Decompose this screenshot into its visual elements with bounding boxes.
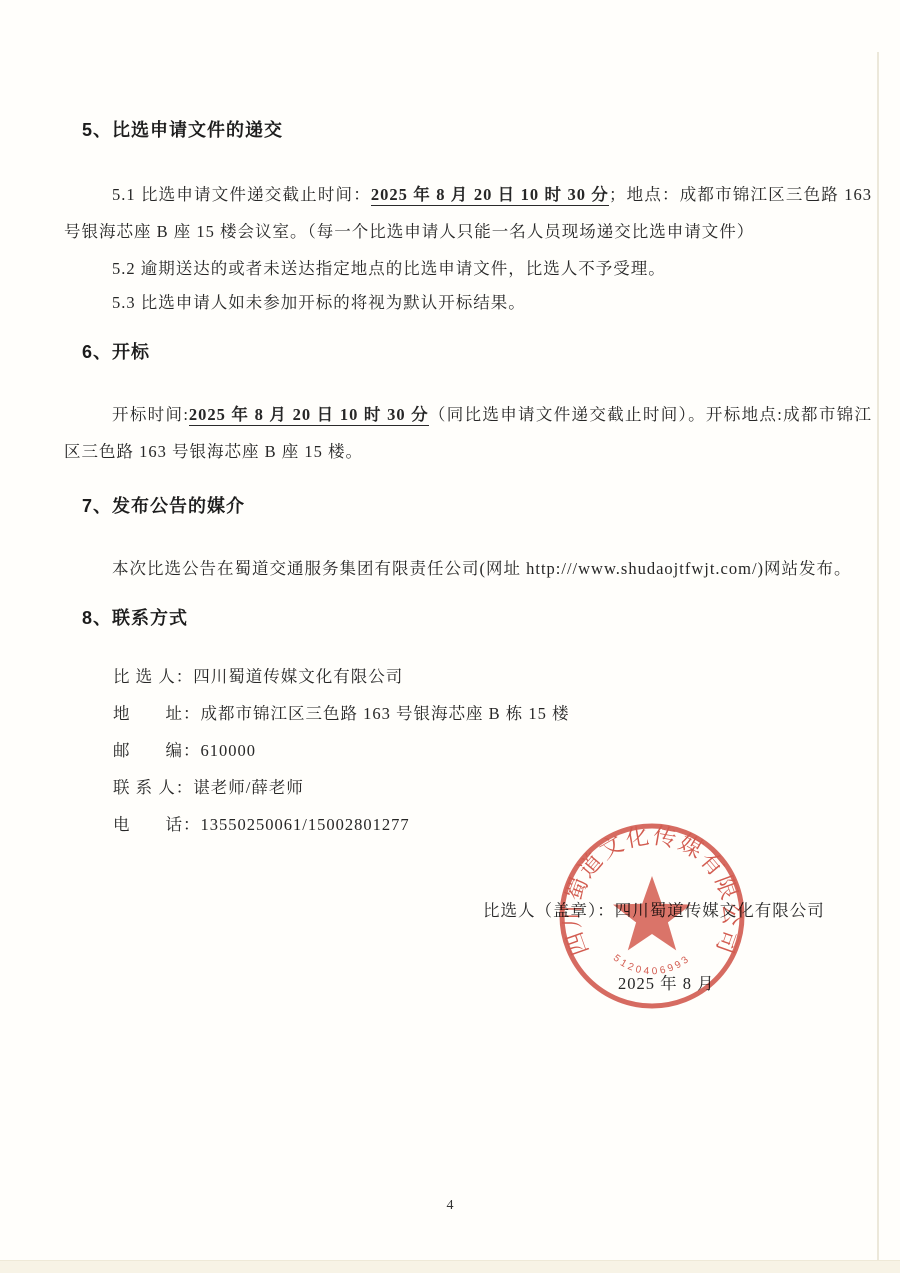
submission-deadline: 2025 年 8 月 20 日 10 时 30 分 [371, 185, 609, 206]
contact-value-bidder: 四川蜀道传媒文化有限公司 [193, 666, 403, 688]
signature-label: 比选人（盖章）： [483, 901, 615, 920]
contact-label-phone: 电 话： [113, 814, 201, 836]
document-page: 5、比选申请文件的递交 5.1 比选申请文件递交截止时间：2025 年 8 月 … [0, 0, 900, 1273]
contact-value-phone: 13550250061/15002801277 [201, 814, 410, 836]
paragraph-5-1: 5.1 比选申请文件递交截止时间：2025 年 8 月 20 日 10 时 30… [64, 176, 872, 250]
p6-lead: 开标时间: [112, 405, 189, 424]
page-number: 4 [0, 1198, 900, 1214]
contact-row-person: 联 系 人：谌老师/薛老师 [113, 777, 304, 799]
scan-edge-bottom [0, 1260, 900, 1273]
seal-ring-text: 四川蜀道文化传媒有限公司 [559, 822, 745, 959]
signature-company: 四川蜀道传媒文化有限公司 [615, 901, 825, 920]
signature-line: 比选人（盖章）：四川蜀道传媒文化有限公司 [483, 897, 825, 921]
seal-ring-text-holder: 四川蜀道文化传媒有限公司 [559, 822, 745, 959]
paragraph-6-1: 开标时间:2025 年 8 月 20 日 10 时 30 分（同比选申请文件递交… [64, 396, 872, 470]
contact-row-selector: 比 选 人：四川蜀道传媒文化有限公司 [113, 666, 403, 688]
contact-row-phone: 电 话：13550250061/15002801277 [113, 814, 410, 836]
contact-row-address: 地 址：成都市锦江区三色路 163 号银海芯座 B 栋 15 楼 [113, 703, 570, 725]
contact-label-address: 地 址： [113, 703, 201, 725]
contact-row-zipcode: 邮 编：610000 [113, 740, 256, 762]
bid-opening-time: 2025 年 8 月 20 日 10 时 30 分 [189, 405, 429, 426]
contact-value-zipcode: 610000 [201, 740, 257, 762]
contact-label-person: 联 系 人： [113, 777, 193, 799]
signature-date: 2025 年 8 月 [618, 970, 715, 994]
contact-value-person: 谌老师/薛老师 [193, 777, 304, 799]
paragraph-7-1: 本次比选公告在蜀道交通服务集团有限责任公司(网址 http:///www.shu… [64, 550, 872, 587]
section-8-heading: 8、联系方式 [82, 604, 188, 630]
contact-label-bidder: 比 选 人： [113, 666, 193, 688]
paragraph-5-3: 5.3 比选申请人如未参加开标的将视为默认开标结果。 [64, 284, 872, 321]
scan-edge-right [877, 52, 879, 1273]
section-6-heading: 6、开标 [82, 338, 150, 364]
section-7-heading: 7、发布公告的媒介 [82, 492, 245, 518]
contact-label-zipcode: 邮 编： [113, 740, 201, 762]
contact-value-address: 成都市锦江区三色路 163 号银海芯座 B 栋 15 楼 [201, 703, 570, 725]
p5-1-lead: 5.1 比选申请文件递交截止时间： [112, 185, 371, 204]
paragraph-5-2: 5.2 逾期送达的或者未送达指定地点的比选申请文件，比选人不予受理。 [64, 250, 872, 287]
section-5-heading: 5、比选申请文件的递交 [82, 116, 283, 142]
